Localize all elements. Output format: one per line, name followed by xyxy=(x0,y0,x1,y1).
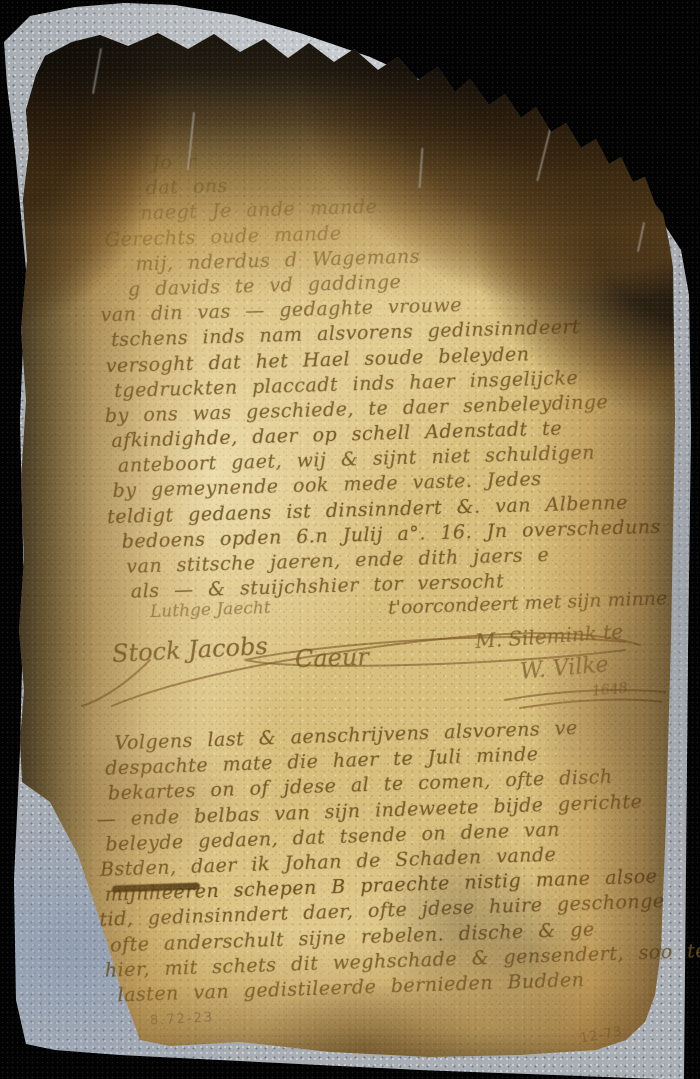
signature-2: Caeur xyxy=(295,643,370,674)
signature-flourish xyxy=(505,690,665,700)
signature-3: M. Silemink te xyxy=(474,619,623,653)
signature-flourish xyxy=(520,700,662,708)
closing-phrase-left: Luthge Jaecht xyxy=(150,598,271,622)
paragraph-lower: Volgens last & aenschrijvens alsvorens v… xyxy=(94,716,662,1009)
archival-number-left: 8.72-23 xyxy=(150,1010,215,1028)
signature-4: W. Vilke xyxy=(519,652,610,685)
signature-1: Stock Jacobs xyxy=(111,632,268,668)
paragraph-upper: Jo rdat onsnaegt Je ande mandeGerechts o… xyxy=(97,140,652,606)
archival-number-right: 12-73 xyxy=(579,1024,624,1046)
photo-of-burned-manuscript: Jo rdat onsnaegt Je ande mandeGerechts o… xyxy=(0,0,700,1079)
handwriting-layer: Jo rdat onsnaegt Je ande mandeGerechts o… xyxy=(0,0,700,1079)
signature-year: 1648 xyxy=(591,680,628,700)
